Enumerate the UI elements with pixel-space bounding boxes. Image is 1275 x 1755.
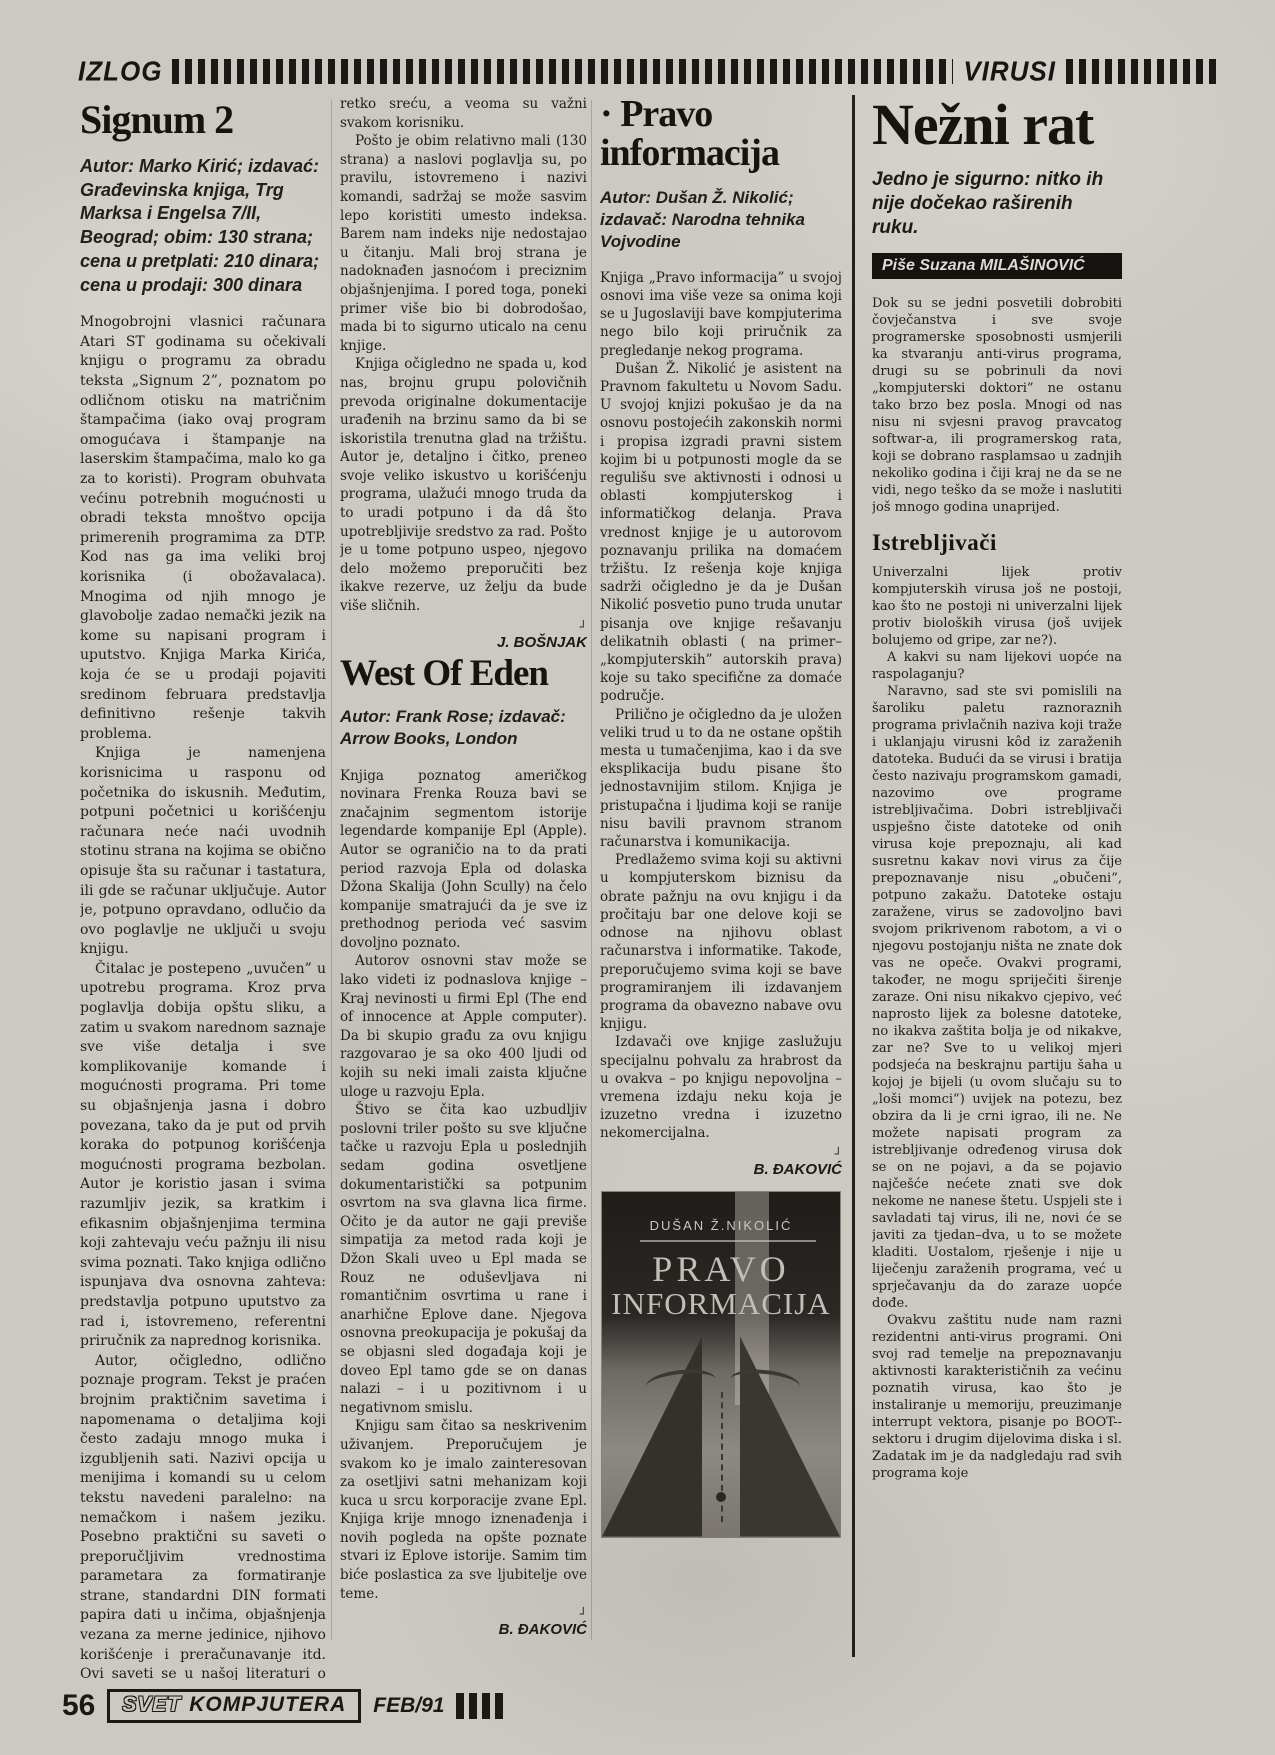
article-nezni-col: Nežni rat Jedno je sigurno: nitko ih nij… (872, 95, 1122, 1670)
article-end-mark: ┘ (340, 1609, 587, 1619)
body-paragraph: Prilično je očigledno da je uložen velik… (600, 706, 842, 852)
page-number: 56 (62, 1689, 95, 1723)
article-info-pravo: Autor: Dušan Ž. Nikolić; izdavač: Narodn… (600, 187, 842, 253)
body-paragraph: Autor, očigledno, odlično poznaje progra… (80, 1352, 326, 1680)
article-pravo-col: · Pravo informacija Autor: Dušan Ž. Niko… (600, 95, 842, 1665)
article-info-west: Autor: Frank Rose; izdavač: Arrow Books,… (340, 706, 587, 750)
book-cover-photo: DUŠAN Ž.NIKOLIĆ PRAVO INFORMACIJA (602, 1192, 840, 1537)
body-paragraph: Ovakvu zaštitu nude nam razni rezidentni… (872, 1312, 1122, 1482)
article-info-signum: Autor: Marko Kirić; izdavać: Građevinska… (80, 155, 326, 298)
divider-bars-right (1066, 59, 1218, 84)
book-cover-title: PRAVO INFORMACIJA (602, 1250, 840, 1321)
article-title-pravo: · Pravo informacija (600, 95, 842, 173)
section-label-izlog: IZLOG (78, 55, 162, 88)
body-paragraph: Univerzalni lijek protiv kompjuterskih v… (872, 564, 1122, 649)
body-paragraph: A kakvi su nam lijekovi uopće na raspola… (872, 649, 1122, 683)
article-title-west: West Of Eden (340, 655, 587, 693)
body-paragraph: Knjiga poznatog američkog novinara Frenk… (340, 767, 587, 953)
issue-date: FEB/91 (373, 1694, 444, 1718)
magazine-logo: SVET KOMPJUTERA (107, 1689, 361, 1723)
signature-djakovic-pravo: B. ĐAKOVIĆ (600, 1161, 842, 1178)
section-label-virusi: VIRUSI (963, 55, 1056, 88)
article-body-signum-col1: Mnogobrojni vlasnici računara Atari ST g… (80, 313, 326, 1680)
book-cover-dot (716, 1492, 726, 1502)
body-paragraph: Dušan Ž. Nikolić je asistent na Pravnom … (600, 360, 842, 706)
body-paragraph: Mnogobrojni vlasnici računara Atari ST g… (80, 313, 326, 744)
column-rule-faint-2 (591, 100, 592, 1640)
book-cover-center-line (721, 1392, 723, 1522)
body-paragraph: Knjigu sam čitao sa neskrivenim uživanje… (340, 1417, 587, 1603)
body-paragraph: Dok su se jedni posvetili dobrobiti čovj… (872, 295, 1122, 516)
article-col2: retko sreću, a veoma su važni svakom kor… (340, 95, 587, 1670)
article-signum-col1: Signum 2 Autor: Marko Kirić; izdavać: Gr… (80, 100, 326, 1680)
body-paragraph: Knjiga je namenjena korisnicima u raspon… (80, 744, 326, 960)
signature-djakovic-west: B. ĐAKOVIĆ (340, 1621, 587, 1638)
column-rule-faint-1 (331, 100, 332, 1640)
signature-bosnjak: J. BOŠNJAK (340, 634, 587, 651)
article-body-signum-col2: retko sreću, a veoma su važni svakom kor… (340, 95, 587, 616)
book-cover-shadow-right (740, 1337, 840, 1537)
body-paragraph: Naravno, sad ste svi pomislili na šaroli… (872, 683, 1122, 1312)
body-paragraph: Štivo se čita kao uzbudljiv poslovni tri… (340, 1101, 587, 1417)
body-paragraph: Knjiga „Pravo informacija” u svojoj osno… (600, 269, 842, 360)
magazine-logo-word1: SVET (122, 1693, 181, 1717)
book-cover-shadow-left (602, 1337, 702, 1537)
divider-bars-left (172, 59, 953, 84)
page-footer: 56 SVET KOMPJUTERA FEB/91 (62, 1686, 1212, 1726)
article-end-mark: ┘ (600, 1149, 842, 1159)
column-rule-main (852, 95, 855, 1657)
article-title-nezni: Nežni rat (872, 95, 1122, 154)
article-end-mark: ┘ (340, 622, 587, 632)
book-cover-rule (640, 1240, 816, 1242)
book-cover-title-line2: INFORMACIJA (602, 1288, 840, 1321)
article-title-pravo-text: Pravo informacija (600, 95, 779, 174)
book-cover-author: DUŠAN Ž.NIKOLIĆ (602, 1218, 840, 1233)
body-paragraph: Autorov osnovni stav može se lako videti… (340, 952, 587, 1101)
body-paragraph: Pošto je obim relativno mali (130 strana… (340, 132, 587, 355)
article-body-pravo: Knjiga „Pravo informacija” u svojoj osno… (600, 269, 842, 1143)
article-body-west: Knjiga poznatog američkog novinara Frenk… (340, 767, 587, 1604)
article-body-nezni-intro: Dok su se jedni posvetili dobrobiti čovj… (872, 295, 1122, 516)
page-header: IZLOG VIRUSI (78, 56, 1218, 86)
article-title-signum: Signum 2 (80, 100, 326, 141)
subhead-istrebljivaci: Istrebljivači (872, 530, 1122, 556)
body-paragraph: Čitalac je postepeno „uvučen” u upotrebu… (80, 960, 326, 1352)
book-cover-title-line1: PRAVO (602, 1250, 840, 1288)
footer-bars (456, 1693, 506, 1719)
body-paragraph: Knjiga očigledno ne spada u, kod nas, br… (340, 355, 587, 615)
title-dot: · (600, 95, 612, 135)
article-body-nezni: Univerzalni lijek protiv kompjuterskih v… (872, 564, 1122, 1482)
body-paragraph: retko sreću, a veoma su važni svakom kor… (340, 95, 587, 132)
magazine-logo-word2: KOMPJUTERA (189, 1693, 346, 1717)
body-paragraph: Predlažemo svima koji su aktivni u kompj… (600, 851, 842, 1033)
byline-bar: Piše Suzana MILAŠINOVIĆ (872, 253, 1122, 279)
article-deck-nezni: Jedno je sigurno: nitko ih nije dočekao … (872, 168, 1122, 239)
body-paragraph: Izdavači ove knjige zaslužuju specijalnu… (600, 1033, 842, 1142)
book-cover-arc-left (645, 1366, 717, 1399)
